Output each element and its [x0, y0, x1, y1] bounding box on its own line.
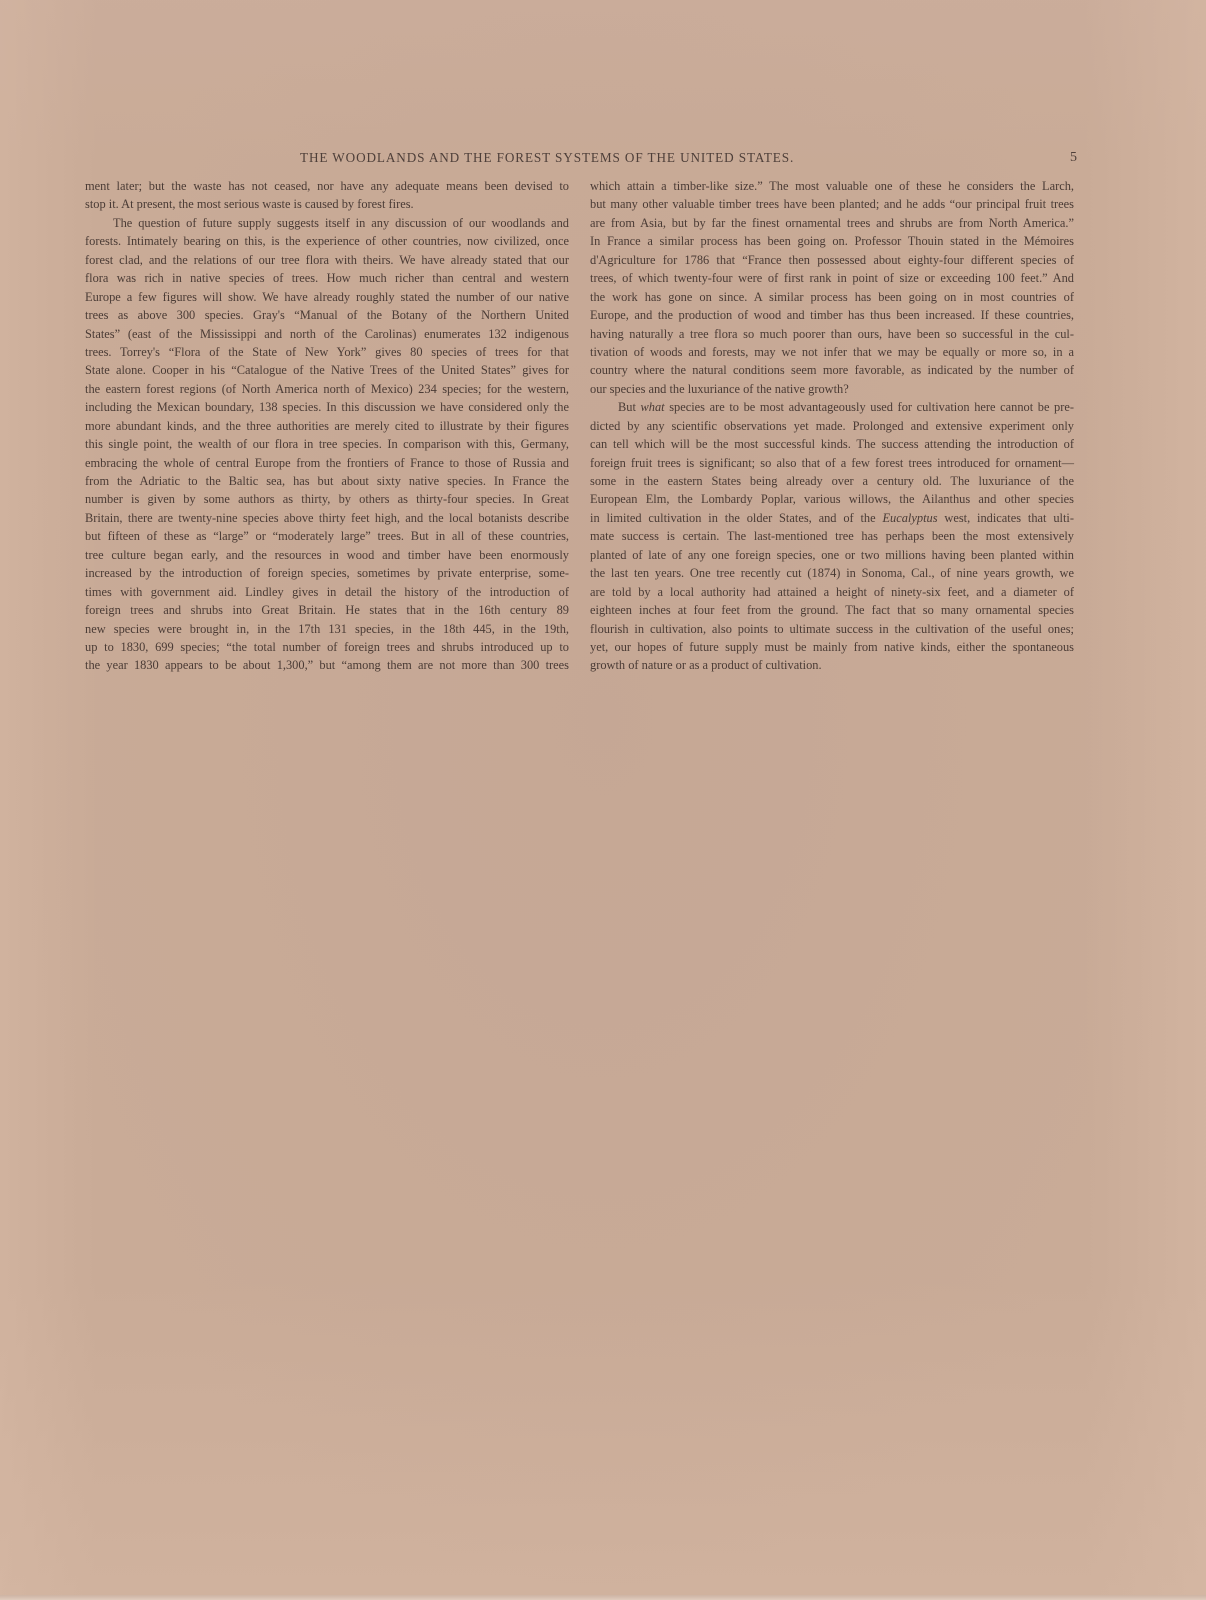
paragraph-start-line: But what species are to be most advantag… [590, 398, 1074, 416]
running-title: THE WOODLANDS AND THE FOREST SYSTEMS OF … [300, 150, 794, 166]
text-line: foreign fruit trees is significant; so a… [590, 454, 1074, 472]
text-line: forest clad, and the relations of our tr… [85, 251, 569, 269]
text-line: up to 1830, 699 species; “the total numb… [85, 638, 569, 656]
text-line: Europe a few figures will show. We have … [85, 288, 569, 306]
text-line: State alone. Cooper in his “Catalogue of… [85, 361, 569, 379]
text-line: in limited cultivation in the older Stat… [590, 509, 1074, 527]
text-line: foreign trees and shrubs into Great Brit… [85, 601, 569, 619]
text-line: yet, our hopes of future supply must be … [590, 638, 1074, 656]
text-line: having naturally a tree flora so much po… [590, 325, 1074, 343]
text-line: our species and the luxuriance of the na… [590, 380, 1074, 398]
text-line: d'Agriculture for 1786 that “France then… [590, 251, 1074, 269]
text-line: some in the eastern States being already… [590, 472, 1074, 490]
text-line: from the Adriatic to the Baltic sea, has… [85, 472, 569, 490]
text-line: more abundant kinds, and the three autho… [85, 417, 569, 435]
text-line: eighteen inches at four feet from the gr… [590, 601, 1074, 619]
text-line: tree culture began early, and the resour… [85, 546, 569, 564]
text-line: the last ten years. One tree recently cu… [590, 564, 1074, 582]
italic-term: what [641, 400, 665, 414]
text-line: States” (east of the Mississippi and nor… [85, 325, 569, 343]
text-line: Europe, and the production of wood and t… [590, 306, 1074, 324]
text-line: In France a similar process has been goi… [590, 232, 1074, 250]
text-line: new species were brought in, in the 17th… [85, 620, 569, 638]
right-text-column: which attain a timber-like size.” The mo… [590, 177, 1074, 675]
left-text-column: ment later; but the waste has not ceased… [85, 177, 569, 675]
text-line: are from Asia, but by far the finest orn… [590, 214, 1074, 232]
text-line: forests. Intimately bearing on this, is … [85, 232, 569, 250]
text-line: the year 1830 appears to be about 1,300,… [85, 656, 569, 674]
text-line: embracing the whole of central Europe fr… [85, 454, 569, 472]
text-line: planted of late of any one foreign speci… [590, 546, 1074, 564]
page-number: 5 [1070, 150, 1078, 166]
text-line: which attain a timber-like size.” The mo… [590, 177, 1074, 195]
text-line: trees. Torrey's “Flora of the State of N… [85, 343, 569, 361]
text-line: mate success is certain. The last-mentio… [590, 527, 1074, 545]
text-line: flourish in cultivation, also points to … [590, 620, 1074, 638]
text-line: but many other valuable timber trees hav… [590, 195, 1074, 213]
text-line: stop it. At present, the most serious wa… [85, 195, 569, 213]
page-bottom-edge [0, 1595, 1206, 1600]
text-line: trees, of which twenty-four were of firs… [590, 269, 1074, 287]
text-line: times with government aid. Lindley gives… [85, 583, 569, 601]
text-line: trees as above 300 species. Gray's “Manu… [85, 306, 569, 324]
text-line: increased by the introduction of foreign… [85, 564, 569, 582]
text-line: number is given by some authors as thirt… [85, 490, 569, 508]
text-line: including the Mexican boundary, 138 spec… [85, 398, 569, 416]
italic-term: Eucalyptus [882, 511, 937, 525]
text-line: Britain, there are twenty-nine species a… [85, 509, 569, 527]
text-line: tivation of woods and forests, may we no… [590, 343, 1074, 361]
text-line: but fifteen of these as “large” or “mode… [85, 527, 569, 545]
text-line: country where the natural conditions see… [590, 361, 1074, 379]
text-line: the work has gone on since. A similar pr… [590, 288, 1074, 306]
text-line: this single point, the wealth of our flo… [85, 435, 569, 453]
text-line: ment later; but the waste has not ceased… [85, 177, 569, 195]
text-line: European Elm, the Lombardy Poplar, vario… [590, 490, 1074, 508]
text-line: can tell which will be the most successf… [590, 435, 1074, 453]
text-line: are told by a local authority had attain… [590, 583, 1074, 601]
document-page: THE WOODLANDS AND THE FOREST SYSTEMS OF … [0, 0, 1206, 1600]
text-line: growth of nature or as a product of cult… [590, 656, 1074, 674]
paragraph-start-line: The question of future supply suggests i… [85, 214, 569, 232]
text-line: flora was rich in native species of tree… [85, 269, 569, 287]
text-line: the eastern forest regions (of North Ame… [85, 380, 569, 398]
text-line: dicted by any scientific observations ye… [590, 417, 1074, 435]
